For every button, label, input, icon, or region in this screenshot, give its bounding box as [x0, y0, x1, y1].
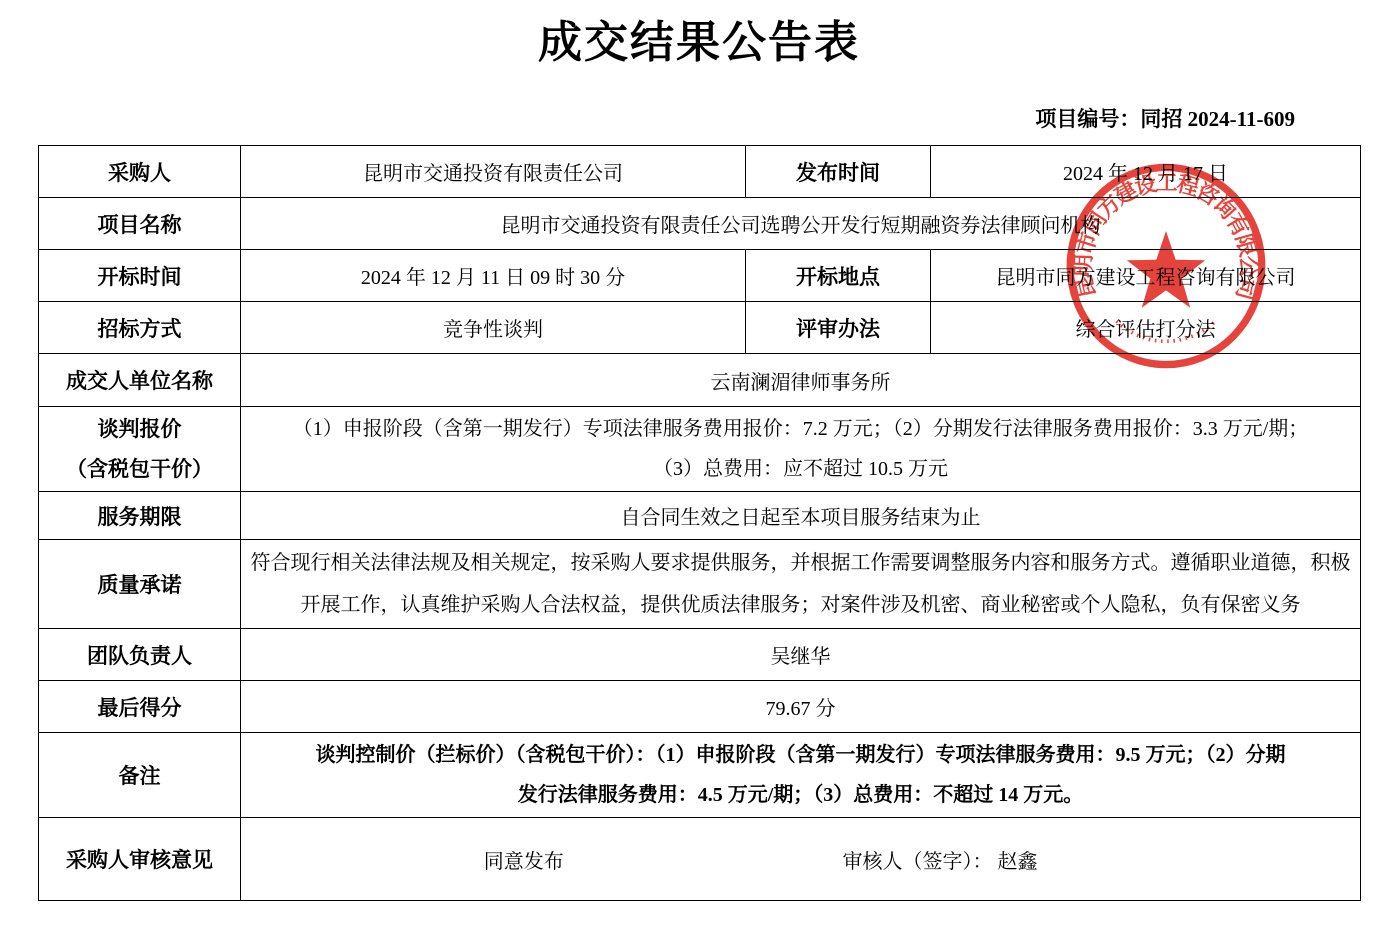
table-row: 备注 谈判控制价（拦标价）（含税包干价）：（1）申报阶段（含第一期发行）专项法律… — [39, 733, 1361, 818]
table-row: 成交人单位名称 云南澜湄律师事务所 — [39, 354, 1361, 407]
review-opinion-text: 同意发布 — [247, 845, 801, 874]
cell-team-leader-label: 团队负责人 — [39, 629, 241, 681]
reviewer-signature-text: 审核人（签字）： 赵鑫 — [801, 845, 1355, 874]
cell-publish-time-label: 发布时间 — [746, 146, 931, 198]
quality-promise-line2: 开展工作，认真维护采购人合法权益，提供优质法律服务；对案件涉及机密、商业秘密或个… — [247, 584, 1354, 626]
table-row: 采购人 昆明市交通投资有限责任公司 发布时间 2024 年 12 月 17 日 — [39, 146, 1361, 198]
cell-quote-label: 谈判报价 （含税包干价） — [39, 407, 241, 492]
quote-label-line1: 谈判报价 — [45, 409, 234, 449]
cell-winner-label: 成交人单位名称 — [39, 354, 241, 407]
table-row: 谈判报价 （含税包干价） （1）申报阶段（含第一期发行）专项法律服务费用报价：7… — [39, 407, 1361, 492]
cell-quality-promise-label: 质量承诺 — [39, 540, 241, 629]
cell-bid-open-place-value: 昆明市同方建设工程咨询有限公司 — [931, 250, 1361, 302]
cell-bid-open-place-label: 开标地点 — [746, 250, 931, 302]
cell-purchaser-value: 昆明市交通投资有限责任公司 — [241, 146, 746, 198]
cell-purchaser-label: 采购人 — [39, 146, 241, 198]
cell-quality-promise-value: 符合现行相关法律法规及相关规定，按采购人要求提供服务，并根据工作需要调整服务内容… — [241, 540, 1361, 629]
cell-service-period-value: 自合同生效之日起至本项目服务结束为止 — [241, 492, 1361, 540]
cell-project-name-value: 昆明市交通投资有限责任公司选聘公开发行短期融资券法律顾问机构 — [241, 198, 1361, 250]
cell-remark-value: 谈判控制价（拦标价）（含税包干价）：（1）申报阶段（含第一期发行）专项法律服务费… — [241, 733, 1361, 818]
cell-team-leader-value: 吴继华 — [241, 629, 1361, 681]
table-row: 服务期限 自合同生效之日起至本项目服务结束为止 — [39, 492, 1361, 540]
table-row: 团队负责人 吴继华 — [39, 629, 1361, 681]
cell-tender-method-label: 招标方式 — [39, 302, 241, 354]
remark-line2: 发行法律服务费用：4.5 万元/期；（3）总费用：不超过 14 万元。 — [247, 775, 1354, 815]
cell-quote-value: （1）申报阶段（含第一期发行）专项法律服务费用报价：7.2 万元；（2）分期发行… — [241, 407, 1361, 492]
cell-review-opinion-label: 采购人审核意见 — [39, 818, 241, 901]
table-row: 质量承诺 符合现行相关法律法规及相关规定，按采购人要求提供服务，并根据工作需要调… — [39, 540, 1361, 629]
cell-service-period-label: 服务期限 — [39, 492, 241, 540]
cell-winner-value: 云南澜湄律师事务所 — [241, 354, 1361, 407]
page-title: 成交结果公告表 — [0, 0, 1398, 74]
cell-review-method-label: 评审办法 — [746, 302, 931, 354]
quote-value-line1: （1）申报阶段（含第一期发行）专项法律服务费用报价：7.2 万元；（2）分期发行… — [247, 409, 1354, 449]
quote-value-line2: （3）总费用：应不超过 10.5 万元 — [247, 449, 1354, 489]
announcement-document: 成交结果公告表 项目编号：同招 2024-11-609 采购人 昆明市交通投资有… — [0, 0, 1398, 938]
cell-tender-method-value: 竞争性谈判 — [241, 302, 746, 354]
table-row: 最后得分 79.67 分 — [39, 681, 1361, 733]
cell-final-score-value: 79.67 分 — [241, 681, 1361, 733]
quality-promise-line1: 符合现行相关法律法规及相关规定，按采购人要求提供服务，并根据工作需要调整服务内容… — [247, 542, 1354, 584]
cell-remark-label: 备注 — [39, 733, 241, 818]
project-number: 项目编号：同招 2024-11-609 — [0, 104, 1398, 134]
cell-project-name-label: 项目名称 — [39, 198, 241, 250]
table-row: 项目名称 昆明市交通投资有限责任公司选聘公开发行短期融资券法律顾问机构 — [39, 198, 1361, 250]
table-row: 开标时间 2024 年 12 月 11 日 09 时 30 分 开标地点 昆明市… — [39, 250, 1361, 302]
cell-bid-open-time-label: 开标时间 — [39, 250, 241, 302]
cell-final-score-label: 最后得分 — [39, 681, 241, 733]
cell-publish-time-value: 2024 年 12 月 17 日 — [931, 146, 1361, 198]
result-table: 采购人 昆明市交通投资有限责任公司 发布时间 2024 年 12 月 17 日 … — [38, 145, 1361, 901]
cell-bid-open-time-value: 2024 年 12 月 11 日 09 时 30 分 — [241, 250, 746, 302]
quote-label-line2: （含税包干价） — [45, 449, 234, 489]
remark-line1: 谈判控制价（拦标价）（含税包干价）：（1）申报阶段（含第一期发行）专项法律服务费… — [247, 735, 1354, 775]
cell-review-opinion-value: 同意发布 审核人（签字）： 赵鑫 — [241, 818, 1361, 901]
table-row: 招标方式 竞争性谈判 评审办法 综合评估打分法 — [39, 302, 1361, 354]
cell-review-method-value: 综合评估打分法 — [931, 302, 1361, 354]
table-row: 采购人审核意见 同意发布 审核人（签字）： 赵鑫 — [39, 818, 1361, 901]
